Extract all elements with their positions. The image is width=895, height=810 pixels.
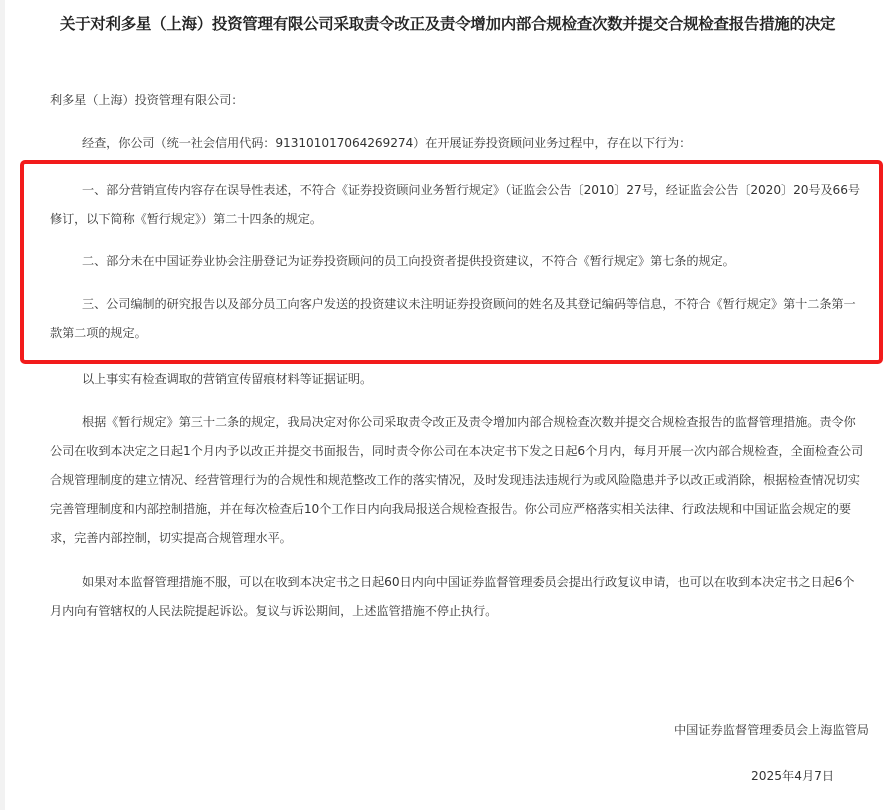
document-title: 关于对利多星（上海）投资管理有限公司采取责令改正及责令增加内部合规检查次数并提交… [0, 12, 895, 34]
violation-3: 三、公司编制的研究报告以及部分员工向客户发送的投资建议未注明证券投资顾问的姓名及… [50, 290, 865, 348]
intro-paragraph: 经查，你公司（统一社会信用代码：913101017064269274）在开展证券… [50, 129, 865, 158]
issue-date: 2025年4月7日 [751, 767, 834, 784]
violation-2: 二、部分未在中国证券业协会注册登记为证券投资顾问的员工向投资者提供投资建议，不符… [50, 247, 865, 276]
violation-1: 一、部分营销宣传内容存在误导性表述，不符合《证券投资顾问业务暂行规定》（证监会公… [50, 176, 865, 234]
evidence-paragraph: 以上事实有检查调取的营销宣传留痕材料等证据证明。 [50, 365, 865, 394]
issuer-signature: 中国证券监督管理委员会上海监管局 [674, 721, 869, 738]
decision-paragraph: 根据《暂行规定》第三十二条的规定，我局决定对你公司采取责令改正及责令增加内部合规… [50, 408, 865, 553]
document-page: 关于对利多星（上海）投资管理有限公司采取责令改正及责令增加内部合规检查次数并提交… [0, 0, 895, 810]
addressee: 利多星（上海）投资管理有限公司： [50, 86, 865, 115]
appeal-paragraph: 如果对本监督管理措施不服，可以在收到本决定书之日起60日内向中国证券监督管理委员… [50, 568, 865, 626]
